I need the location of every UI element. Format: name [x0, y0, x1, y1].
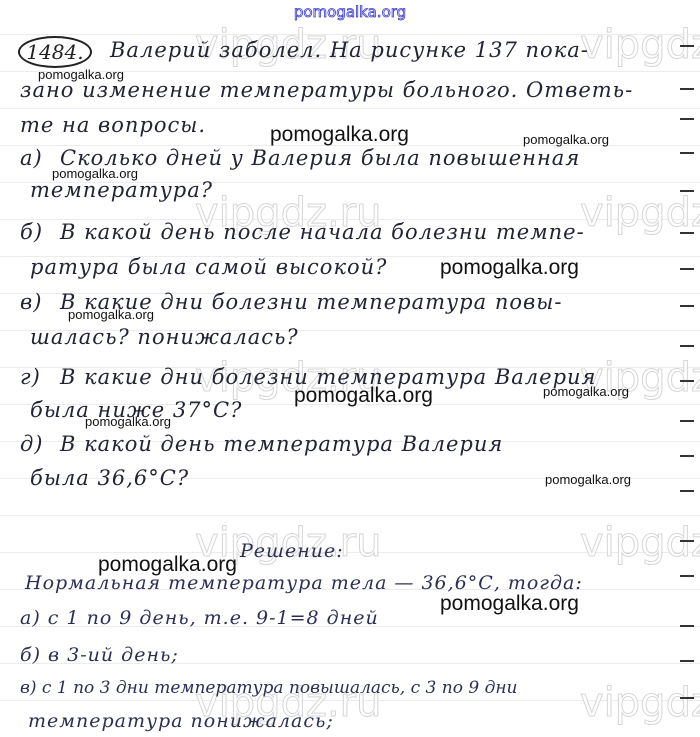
question-label: а) [20, 146, 43, 170]
question-line: В какой день после начала болезни темпе- [60, 220, 585, 244]
watermark: pomogalka.org [270, 123, 409, 147]
watermark: pomogalka.org [543, 384, 629, 399]
question-label: г) [20, 365, 41, 389]
solution-line: в) с 1 по 3 дни температура повышалась, … [20, 678, 518, 698]
notebook-page: pomogalka.org vipgdz.ru vipgdz.ru vipgdz… [0, 0, 700, 737]
margin-dash [680, 625, 694, 627]
margin-dash [680, 455, 694, 457]
margin-dash [680, 420, 694, 422]
question-line: Сколько дней у Валерия была повышенная [60, 146, 580, 170]
margin-dash [680, 490, 694, 492]
margin-dash [680, 232, 694, 234]
margin-dash [680, 540, 694, 542]
margin-dash [680, 268, 694, 270]
watermark: pomogalka.org [294, 384, 433, 408]
watermark: pomogalka.org [523, 132, 609, 147]
question-label: в) [20, 290, 42, 314]
watermark: pomogalka.org [440, 256, 579, 280]
question-line: была 36,6°С? [30, 466, 189, 490]
question-label: д) [20, 432, 44, 456]
question-line: В какой день температура Валерия [60, 432, 503, 456]
watermark: pomogalka.org [38, 67, 124, 82]
margin-dash [680, 118, 694, 120]
watermark: pomogalka.org [52, 166, 138, 181]
margin-dash [680, 152, 694, 154]
task-number: 1484. [18, 36, 92, 68]
watermark-top: pomogalka.org [0, 3, 700, 21]
margin-dash [680, 380, 694, 382]
watermark: pomogalka.org [440, 592, 579, 616]
solution-line: температура понижалась; [28, 710, 334, 732]
solution-line: а) с 1 по 9 день, т.е. 9-1=8 дней [20, 607, 379, 629]
question-line: ратура была самой высокой? [30, 255, 387, 279]
statement-line: те на вопросы. [20, 113, 206, 137]
bg-watermark: vipgdz.ru [580, 680, 700, 726]
question-label: б) [20, 220, 43, 244]
watermark: pomogalka.org [545, 472, 631, 487]
margin-dash [680, 575, 694, 577]
statement-line: Валерий заболел. На рисунке 137 пока- [110, 38, 589, 62]
margin-dash [680, 88, 694, 90]
bg-watermark: vipgdz.ru [580, 520, 700, 566]
question-line: шалась? понижалась? [30, 325, 299, 349]
bg-watermark: vipgdz.ru [580, 190, 700, 236]
margin-dash [680, 660, 694, 662]
margin-dash [680, 45, 694, 47]
watermark: pomogalka.org [85, 414, 171, 429]
margin-dash [680, 305, 694, 307]
margin-dash [680, 190, 694, 192]
margin-dash [680, 697, 694, 699]
solution-heading: Решение: [240, 540, 344, 562]
watermark: pomogalka.org [68, 307, 154, 322]
watermark: pomogalka.org [98, 553, 237, 577]
solution-line: б) в 3-ий день; [20, 644, 179, 666]
question-line: температура? [30, 178, 213, 202]
margin-dash [680, 345, 694, 347]
